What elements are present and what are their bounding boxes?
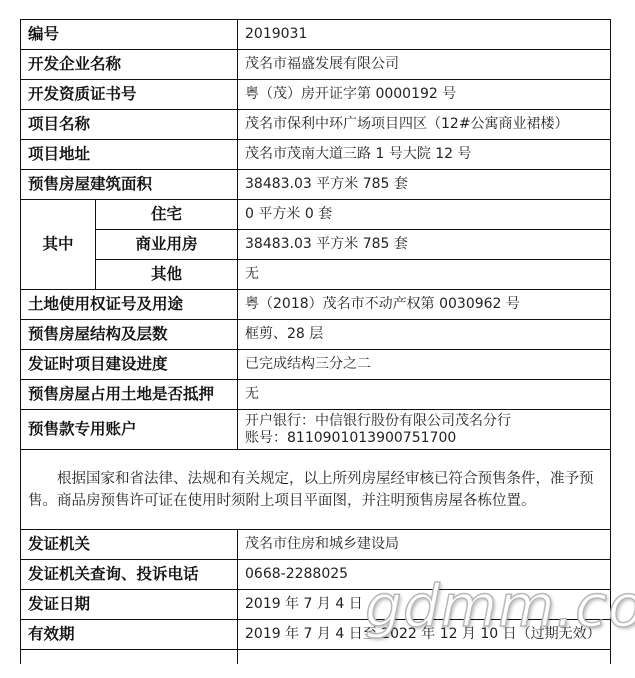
value-other: 无 bbox=[238, 260, 611, 290]
value-phone: 0668-2288025 bbox=[238, 560, 611, 590]
label-qualification: 开发资质证书号 bbox=[21, 80, 238, 110]
table-row-issuer: 发证机关 茂名市住房和城乡建设局 bbox=[21, 530, 611, 560]
value-land-certificate: 粤（2018）茂名市不动产权第 0030962 号 bbox=[238, 290, 611, 320]
value-floor-area: 38483.03 平方米 785 套 bbox=[238, 170, 611, 200]
table-row-issue-date: 发证日期 2019 年 7 月 4 日 bbox=[21, 590, 611, 620]
bank-line: 开户银行：中信银行股份有限公司茂名分行 bbox=[245, 413, 603, 430]
value-number: 2019031 bbox=[238, 20, 611, 50]
account-number-line: 账号：8110901013900751700 bbox=[245, 430, 603, 447]
label-developer: 开发企业名称 bbox=[21, 50, 238, 80]
value-mortgage: 无 bbox=[238, 380, 611, 410]
table-row-project-address: 项目地址 茂名市茂南大道三路 1 号大院 12 号 bbox=[21, 140, 611, 170]
table-row-other: 其他 无 bbox=[21, 260, 611, 290]
table-row-mortgage: 预售房屋占用土地是否抵押 无 bbox=[21, 380, 611, 410]
value-commercial: 38483.03 平方米 785 套 bbox=[238, 230, 611, 260]
value-qualification: 粤（茂）房开证字第 0000192 号 bbox=[238, 80, 611, 110]
table-row-residential: 其中 住宅 0 平方米 0 套 bbox=[21, 200, 611, 230]
table-row-phone: 发证机关查询、投诉电话 0668-2288025 bbox=[21, 560, 611, 590]
label-issue-date: 发证日期 bbox=[21, 590, 238, 620]
label-residential: 住宅 bbox=[96, 200, 238, 230]
value-residential: 0 平方米 0 套 bbox=[238, 200, 611, 230]
label-mortgage: 预售房屋占用土地是否抵押 bbox=[21, 380, 238, 410]
value-issue-date: 2019 年 7 月 4 日 bbox=[238, 590, 611, 620]
value-validity: 2019 年 7 月 4 日至 2022 年 12 月 10 日（过期无效） bbox=[238, 620, 611, 650]
label-phone: 发证机关查询、投诉电话 bbox=[21, 560, 238, 590]
table-row-cutoff bbox=[21, 650, 611, 665]
value-progress: 已完成结构三分之二 bbox=[238, 350, 611, 380]
value-project-address: 茂名市茂南大道三路 1 号大院 12 号 bbox=[238, 140, 611, 170]
table-row-progress: 发证时项目建设进度 已完成结构三分之二 bbox=[21, 350, 611, 380]
table-row-account: 预售款专用账户 开户银行：中信银行股份有限公司茂名分行 账号：811090101… bbox=[21, 410, 611, 450]
value-structure: 框剪、28 层 bbox=[238, 320, 611, 350]
table-row-commercial: 商业用房 38483.03 平方米 785 套 bbox=[21, 230, 611, 260]
table-row-qualification: 开发资质证书号 粤（茂）房开证字第 0000192 号 bbox=[21, 80, 611, 110]
approval-statement: 根据国家和省法律、法规和有关规定，以上所列房屋经审核已符合预售条件，准予预售。商… bbox=[21, 450, 611, 530]
table-row-statement: 根据国家和省法律、法规和有关规定，以上所列房屋经审核已符合预售条件，准予预售。商… bbox=[21, 450, 611, 530]
table-row-number: 编号 2019031 bbox=[21, 20, 611, 50]
label-account: 预售款专用账户 bbox=[21, 410, 238, 450]
label-structure: 预售房屋结构及层数 bbox=[21, 320, 238, 350]
label-land-certificate: 土地使用权证号及用途 bbox=[21, 290, 238, 320]
label-issuer: 发证机关 bbox=[21, 530, 238, 560]
label-commercial: 商业用房 bbox=[96, 230, 238, 260]
cutoff-label-cell bbox=[21, 650, 238, 665]
cutoff-value-cell bbox=[238, 650, 611, 665]
table-row-land-certificate: 土地使用权证号及用途 粤（2018）茂名市不动产权第 0030962 号 bbox=[21, 290, 611, 320]
value-developer: 茂名市福盛发展有限公司 bbox=[238, 50, 611, 80]
label-number: 编号 bbox=[21, 20, 238, 50]
value-project-name: 茂名市保利中环广场项目四区（12#公寓商业裙楼） bbox=[238, 110, 611, 140]
presale-permit-table: 编号 2019031 开发企业名称 茂名市福盛发展有限公司 开发资质证书号 粤（… bbox=[20, 19, 611, 664]
label-validity: 有效期 bbox=[21, 620, 238, 650]
label-other: 其他 bbox=[96, 260, 238, 290]
label-project-address: 项目地址 bbox=[21, 140, 238, 170]
label-progress: 发证时项目建设进度 bbox=[21, 350, 238, 380]
label-project-name: 项目名称 bbox=[21, 110, 238, 140]
value-issuer: 茂名市住房和城乡建设局 bbox=[238, 530, 611, 560]
table-row-project-name: 项目名称 茂名市保利中环广场项目四区（12#公寓商业裙楼） bbox=[21, 110, 611, 140]
label-floor-area: 预售房屋建筑面积 bbox=[21, 170, 238, 200]
table-row-floor-area: 预售房屋建筑面积 38483.03 平方米 785 套 bbox=[21, 170, 611, 200]
table-row-validity: 有效期 2019 年 7 月 4 日至 2022 年 12 月 10 日（过期无… bbox=[21, 620, 611, 650]
value-account: 开户银行：中信银行股份有限公司茂名分行 账号：81109010139007517… bbox=[238, 410, 611, 450]
label-breakdown: 其中 bbox=[21, 200, 96, 290]
table-row-developer: 开发企业名称 茂名市福盛发展有限公司 bbox=[21, 50, 611, 80]
table-row-structure: 预售房屋结构及层数 框剪、28 层 bbox=[21, 320, 611, 350]
